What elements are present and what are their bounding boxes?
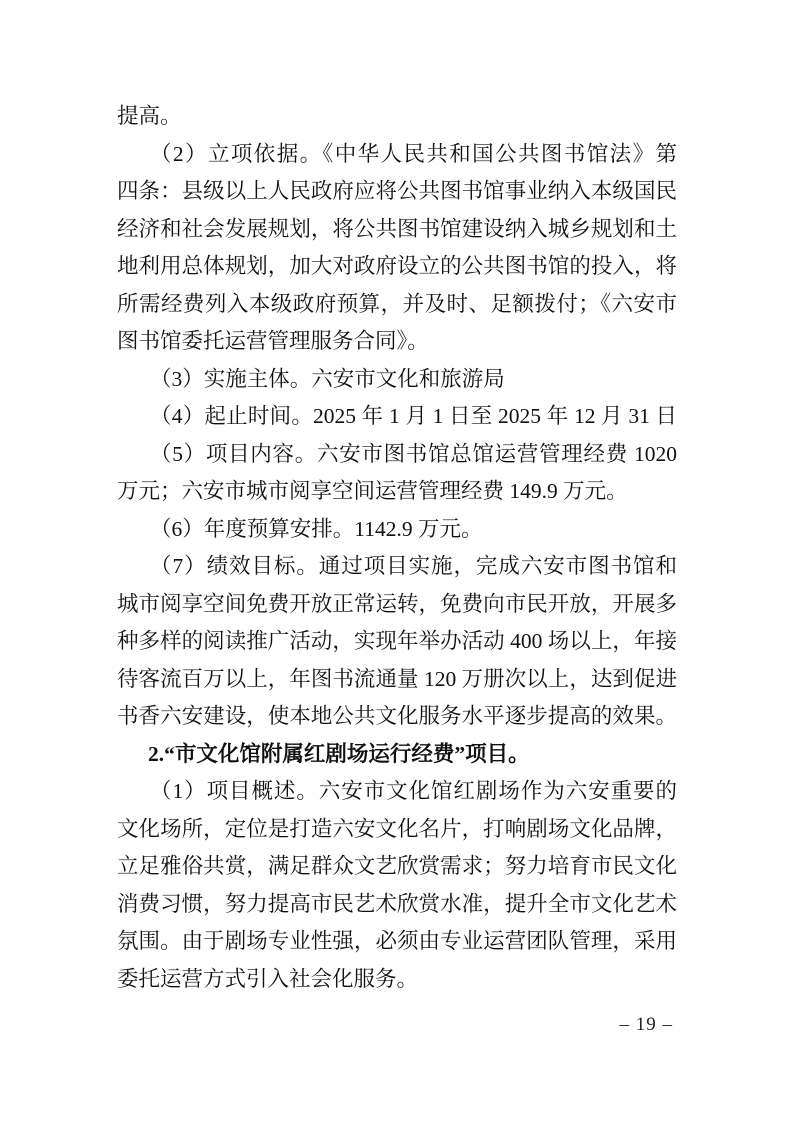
text-line: 消费习惯，努力提高市民艺术欣赏水准，提升全市文化艺术 [117,886,677,924]
text-line: 四条：县级以上人民政府应将公共图书馆事业纳入本级国民 [117,173,677,211]
text-line: 委托运营方式引入社会化服务。 [117,961,677,999]
text-line: 待客流百万以上，年图书流通量 120 万册次以上，达到促进 [117,661,677,699]
document-page: 提高。 （2）立项依据。《中华人民共和国公共图书馆法》第 四条：县级以上人民政府… [0,0,793,1122]
text-line: 文化场所，定位是打造六安文化名片，打响剧场文化品牌， [117,811,677,849]
text-line: 城市阅享空间免费开放正常运转，免费向市民开放，开展多 [117,586,677,624]
document-body: 提高。 （2）立项依据。《中华人民共和国公共图书馆法》第 四条：县级以上人民政府… [117,98,677,998]
text-line: （1）项目概述。六安市文化馆红剧场作为六安重要的 [117,773,677,811]
text-line: 种多样的阅读推广活动，实现年举办活动 400 场以上，年接 [117,623,677,661]
text-line: 书香六安建设，使本地公共文化服务水平逐步提高的效果。 [117,698,677,736]
text-line: （7）绩效目标。通过项目实施，完成六安市图书馆和 [117,548,677,586]
text-line: 万元；六安市城市阅享空间运营管理经费 149.9 万元。 [117,473,677,511]
text-line: 地利用总体规划，加大对政府设立的公共图书馆的投入，将 [117,248,677,286]
text-line: 提高。 [117,98,677,136]
text-line: （4）起止时间。2025 年 1 月 1 日至 2025 年 12 月 31 日 [117,398,677,436]
text-line: 立足雅俗共赏，满足群众文艺欣赏需求；努力培育市民文化 [117,848,677,886]
text-line: 经济和社会发展规划，将公共图书馆建设纳入城乡规划和土 [117,211,677,249]
text-line: （6）年度预算安排。1142.9 万元。 [117,511,677,549]
text-line: （2）立项依据。《中华人民共和国公共图书馆法》第 [117,136,677,174]
text-line: 氛围。由于剧场专业性强，必须由专业运营团队管理，采用 [117,923,677,961]
page-number: – 19 – [620,1012,674,1038]
text-line: 所需经费列入本级政府预算，并及时、足额拨付；《六安市 [117,286,677,324]
section-heading: 2.“市文化馆附属红剧场运行经费”项目。 [117,736,677,774]
text-line: （5）项目内容。六安市图书馆总馆运营管理经费 1020 [117,436,677,474]
text-line: （3）实施主体。六安市文化和旅游局 [117,361,677,399]
text-line: 图书馆委托运营管理服务合同》。 [117,323,677,361]
